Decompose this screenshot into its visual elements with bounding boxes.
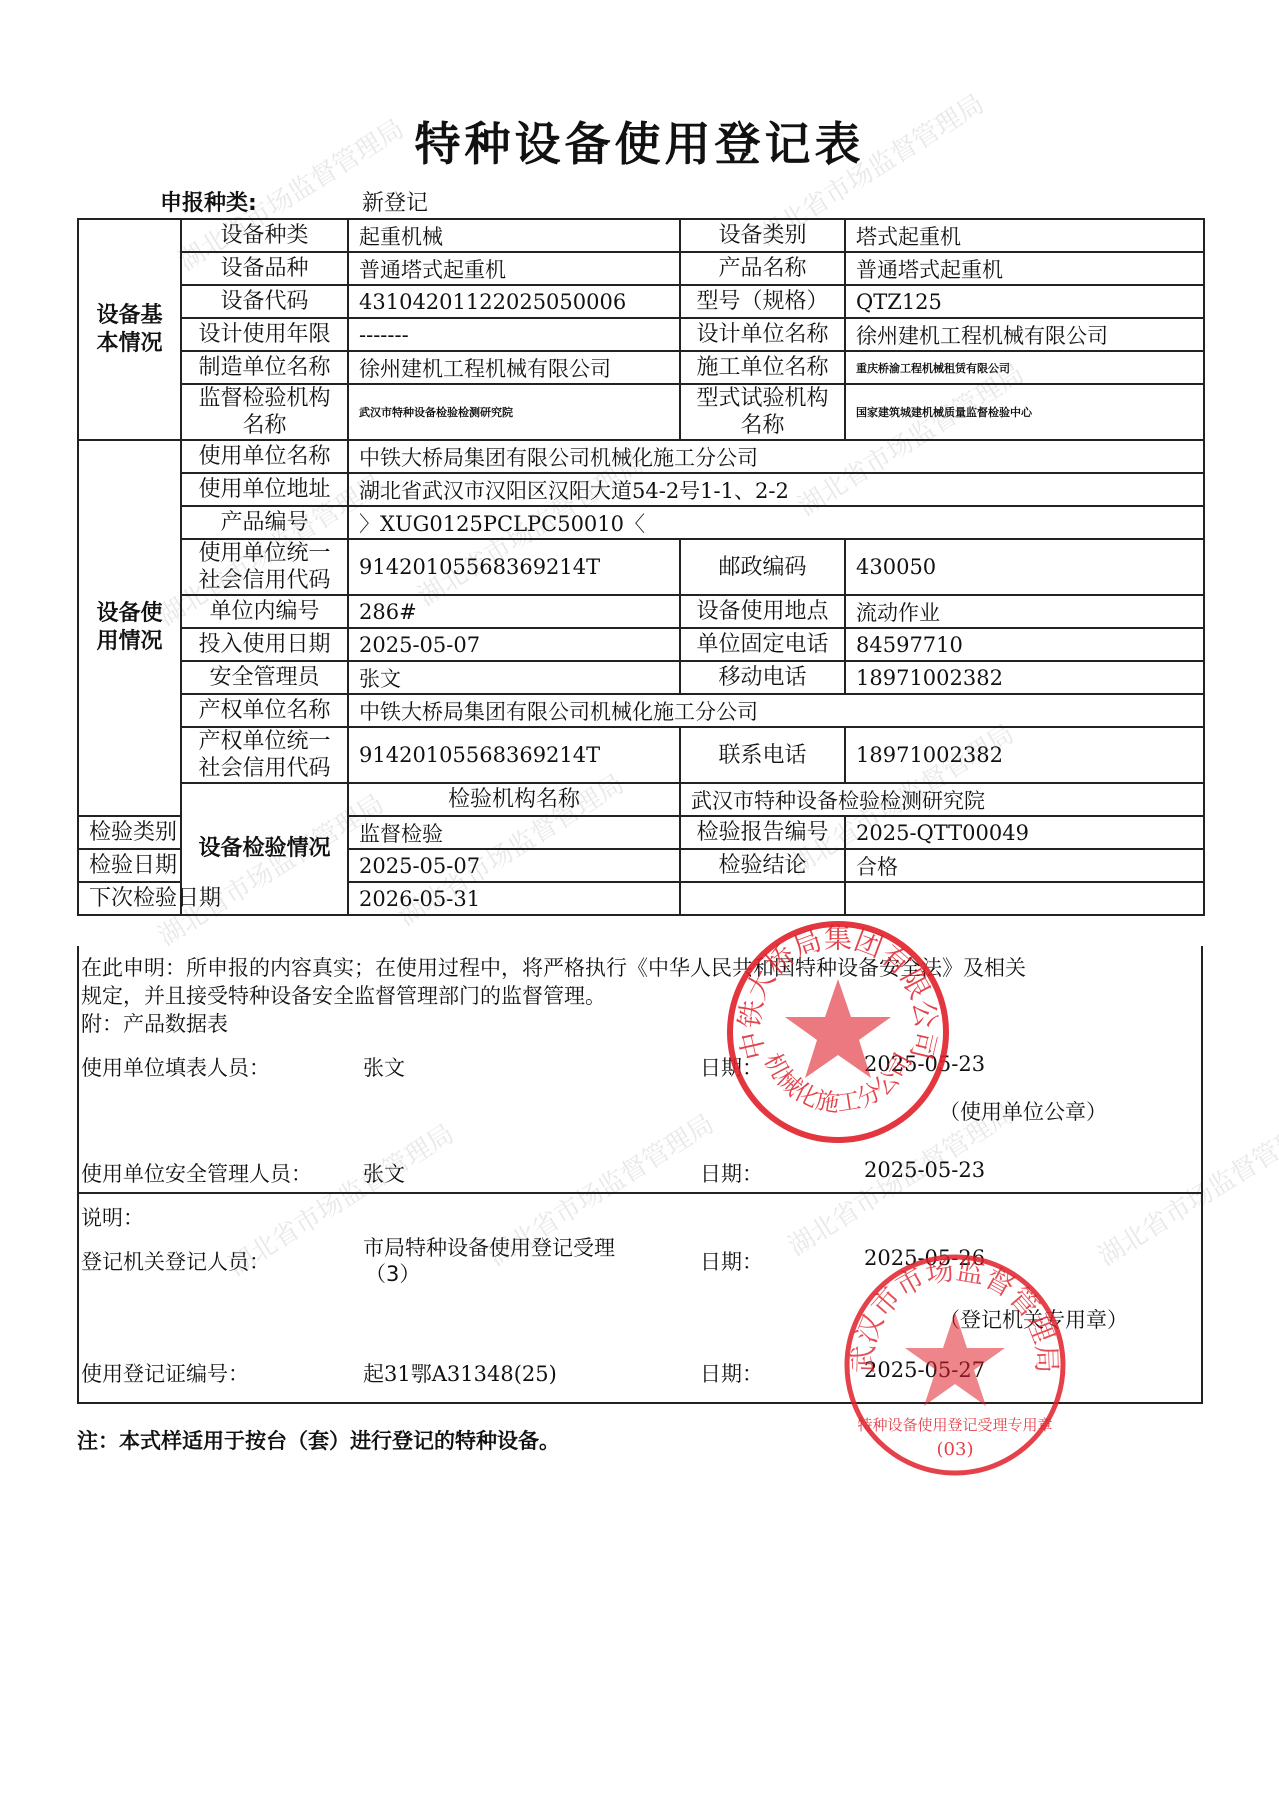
footer-note: 注：本式样适用于按台（套）进行登记的特种设备。 bbox=[77, 1425, 560, 1455]
safety-date-label: 日期： bbox=[700, 1158, 763, 1188]
registrar-date: 2025-05-26 bbox=[864, 1246, 985, 1270]
field-value: ------- bbox=[348, 318, 680, 351]
field-label: 设备代码 bbox=[181, 285, 348, 318]
field-value: 合格 bbox=[845, 849, 1204, 882]
field-value: 2025-05-07 bbox=[348, 628, 680, 661]
field-label: 单位固定电话 bbox=[680, 628, 845, 661]
field-label: 联系电话 bbox=[680, 727, 845, 783]
field-value: 43104201122025050006 bbox=[348, 285, 680, 318]
table-row: 产权单位名称 中铁大桥局集团有限公司机械化施工分公司 bbox=[78, 694, 1204, 727]
attachment-note: 附：产品数据表 bbox=[81, 1008, 228, 1038]
field-value: 286# bbox=[348, 595, 680, 628]
field-label: 检验结论 bbox=[680, 849, 845, 882]
registrar-label: 登记机关登记人员： bbox=[81, 1246, 270, 1276]
field-label: 产品名称 bbox=[680, 252, 845, 285]
field-value: 武汉市特种设备检验检测研究院 bbox=[680, 783, 1204, 816]
field-value: 中铁大桥局集团有限公司机械化施工分公司 bbox=[348, 440, 1204, 473]
field-value: 84597710 bbox=[845, 628, 1204, 661]
field-value: 徐州建机工程机械有限公司 bbox=[348, 351, 680, 384]
field-label: 安全管理员 bbox=[181, 661, 348, 694]
field-label: 产权单位统一社会信用代码 bbox=[181, 727, 348, 783]
table-row: 产权单位统一社会信用代码 91420105568369214T 联系电话 189… bbox=[78, 727, 1204, 783]
table-row: 设备检验情况 检验机构名称 武汉市特种设备检验检测研究院 bbox=[78, 783, 1204, 816]
field-value: QTZ125 bbox=[845, 285, 1204, 318]
field-value: 湖北省武汉市汉阳区汉阳大道54-2号1-1、2-2 bbox=[348, 473, 1204, 506]
field-value: 普通塔式起重机 bbox=[845, 252, 1204, 285]
field-value: 起重机械 bbox=[348, 219, 680, 252]
table-row: 设备品种 普通塔式起重机 产品名称 普通塔式起重机 bbox=[78, 252, 1204, 285]
filler-date-label: 日期： bbox=[700, 1052, 763, 1082]
field-value: 91420105568369214T bbox=[348, 727, 680, 783]
cert-no: 起31鄂A31348(25) bbox=[363, 1358, 557, 1388]
table-row: 设备代码 43104201122025050006 型号（规格） QTZ125 bbox=[78, 285, 1204, 318]
safety-person-label: 使用单位安全管理人员： bbox=[81, 1158, 312, 1188]
registrar-name-suffix: （3） bbox=[365, 1258, 420, 1288]
field-label: 设备使用地点 bbox=[680, 595, 845, 628]
field-label: 产品编号 bbox=[181, 506, 348, 539]
registration-section: 说明： 登记机关登记人员： 市局特种设备使用登记受理 （3） 日期： 2025-… bbox=[77, 1192, 1203, 1404]
unit-seal-label: （使用单位公章） bbox=[939, 1096, 1107, 1126]
table-row: 监督检验机构名称 武汉市特种设备检验检测研究院 型式试验机构名称 国家建筑城建机… bbox=[78, 384, 1204, 440]
field-label: 产权单位名称 bbox=[181, 694, 348, 727]
field-label: 型式试验机构名称 bbox=[680, 384, 845, 440]
field-value: 91420105568369214T bbox=[348, 539, 680, 595]
table-row: 设计使用年限 ------- 设计单位名称 徐州建机工程机械有限公司 bbox=[78, 318, 1204, 351]
field-value: 国家建筑城建机械质量监督检验中心 bbox=[845, 384, 1204, 440]
field-value: 流动作业 bbox=[845, 595, 1204, 628]
declaration-line-1: 在此申明：所申报的内容真实；在使用过程中，将严格执行《中华人民共和国特种设备安全… bbox=[81, 952, 1026, 982]
registrar-date-label: 日期： bbox=[700, 1246, 763, 1276]
registration-table: 设备基本情况 设备种类 起重机械 设备类别 塔式起重机 设备品种 普通塔式起重机… bbox=[77, 218, 1205, 916]
table-row: 制造单位名称 徐州建机工程机械有限公司 施工单位名称 重庆桥渝工程机械租赁有限公… bbox=[78, 351, 1204, 384]
field-value: 徐州建机工程机械有限公司 bbox=[845, 318, 1204, 351]
field-label: 检验日期 bbox=[78, 849, 181, 882]
safety-date: 2025-05-23 bbox=[864, 1158, 985, 1182]
field-label: 使用单位地址 bbox=[181, 473, 348, 506]
field-label: 投入使用日期 bbox=[181, 628, 348, 661]
cert-date: 2025-05-27 bbox=[864, 1358, 985, 1382]
cert-date-label: 日期： bbox=[700, 1358, 763, 1388]
field-label: 检验机构名称 bbox=[348, 783, 680, 816]
field-label: 设备品种 bbox=[181, 252, 348, 285]
field-label: 单位内编号 bbox=[181, 595, 348, 628]
field-label: 使用单位名称 bbox=[181, 440, 348, 473]
field-label: 设备类别 bbox=[680, 219, 845, 252]
table-row: 安全管理员 张文 移动电话 18971002382 bbox=[78, 661, 1204, 694]
declaration-section: 在此申明：所申报的内容真实；在使用过程中，将严格执行《中华人民共和国特种设备安全… bbox=[77, 946, 1203, 1194]
field-value: 2025-05-07 bbox=[348, 849, 680, 882]
field-label: 移动电话 bbox=[680, 661, 845, 694]
report-type-value: 新登记 bbox=[362, 186, 428, 217]
cert-no-label: 使用登记证编号： bbox=[81, 1358, 249, 1388]
field-value: 中铁大桥局集团有限公司机械化施工分公司 bbox=[348, 694, 1204, 727]
field-value: 塔式起重机 bbox=[845, 219, 1204, 252]
field-value: 重庆桥渝工程机械租赁有限公司 bbox=[845, 351, 1204, 384]
section-header-usage: 设备使用情况 bbox=[78, 440, 181, 816]
field-label: 监督检验机构名称 bbox=[181, 384, 348, 440]
authority-seal-label: （登记机关专用章） bbox=[939, 1304, 1128, 1334]
field-value: 430050 bbox=[845, 539, 1204, 595]
section-header-basic: 设备基本情况 bbox=[78, 219, 181, 440]
field-value: 2026-05-31 bbox=[348, 882, 680, 915]
table-row: 使用单位地址 湖北省武汉市汉阳区汉阳大道54-2号1-1、2-2 bbox=[78, 473, 1204, 506]
field-label: 使用单位统一社会信用代码 bbox=[181, 539, 348, 595]
field-label: 下次检验日期 bbox=[78, 882, 181, 915]
report-type-label: 申报种类: bbox=[160, 186, 257, 217]
table-row: 单位内编号 286# 设备使用地点 流动作业 bbox=[78, 595, 1204, 628]
field-label: 检验类别 bbox=[78, 816, 181, 849]
field-value: 普通塔式起重机 bbox=[348, 252, 680, 285]
table-row: 使用单位统一社会信用代码 91420105568369214T 邮政编码 430… bbox=[78, 539, 1204, 595]
filler-date: 2025-05-23 bbox=[864, 1052, 985, 1076]
table-row: 设备使用情况 使用单位名称 中铁大桥局集团有限公司机械化施工分公司 bbox=[78, 440, 1204, 473]
remarks-label: 说明： bbox=[81, 1202, 144, 1232]
field-label: 设计单位名称 bbox=[680, 318, 845, 351]
field-label: 检验报告编号 bbox=[680, 816, 845, 849]
filler-label: 使用单位填表人员： bbox=[81, 1052, 270, 1082]
declaration-line-2: 规定，并且接受特种设备安全监督管理部门的监督管理。 bbox=[81, 980, 606, 1010]
svg-text:(03): (03) bbox=[937, 1439, 974, 1460]
field-label: 设备种类 bbox=[181, 219, 348, 252]
field-value: 张文 bbox=[348, 661, 680, 694]
filler-name: 张文 bbox=[363, 1052, 405, 1082]
field-label: 设计使用年限 bbox=[181, 318, 348, 351]
svg-text:特种设备使用登记受理专用章: 特种设备使用登记受理专用章 bbox=[857, 1416, 1052, 1434]
field-value: 18971002382 bbox=[845, 727, 1204, 783]
field-value: 〉XUG0125PCLPC50010〈 bbox=[348, 506, 1204, 539]
table-row: 设备基本情况 设备种类 起重机械 设备类别 塔式起重机 bbox=[78, 219, 1204, 252]
table-row: 产品编号 〉XUG0125PCLPC50010〈 bbox=[78, 506, 1204, 539]
field-value: 18971002382 bbox=[845, 661, 1204, 694]
safety-person-name: 张文 bbox=[363, 1158, 405, 1188]
field-label: 制造单位名称 bbox=[181, 351, 348, 384]
field-value: 武汉市特种设备检验检测研究院 bbox=[348, 384, 680, 440]
page-title: 特种设备使用登记表 bbox=[0, 108, 1279, 174]
field-label: 邮政编码 bbox=[680, 539, 845, 595]
table-row: 投入使用日期 2025-05-07 单位固定电话 84597710 bbox=[78, 628, 1204, 661]
field-label: 施工单位名称 bbox=[680, 351, 845, 384]
field-value: 2025-QTT00049 bbox=[845, 816, 1204, 849]
field-label: 型号（规格） bbox=[680, 285, 845, 318]
field-value: 监督检验 bbox=[348, 816, 680, 849]
